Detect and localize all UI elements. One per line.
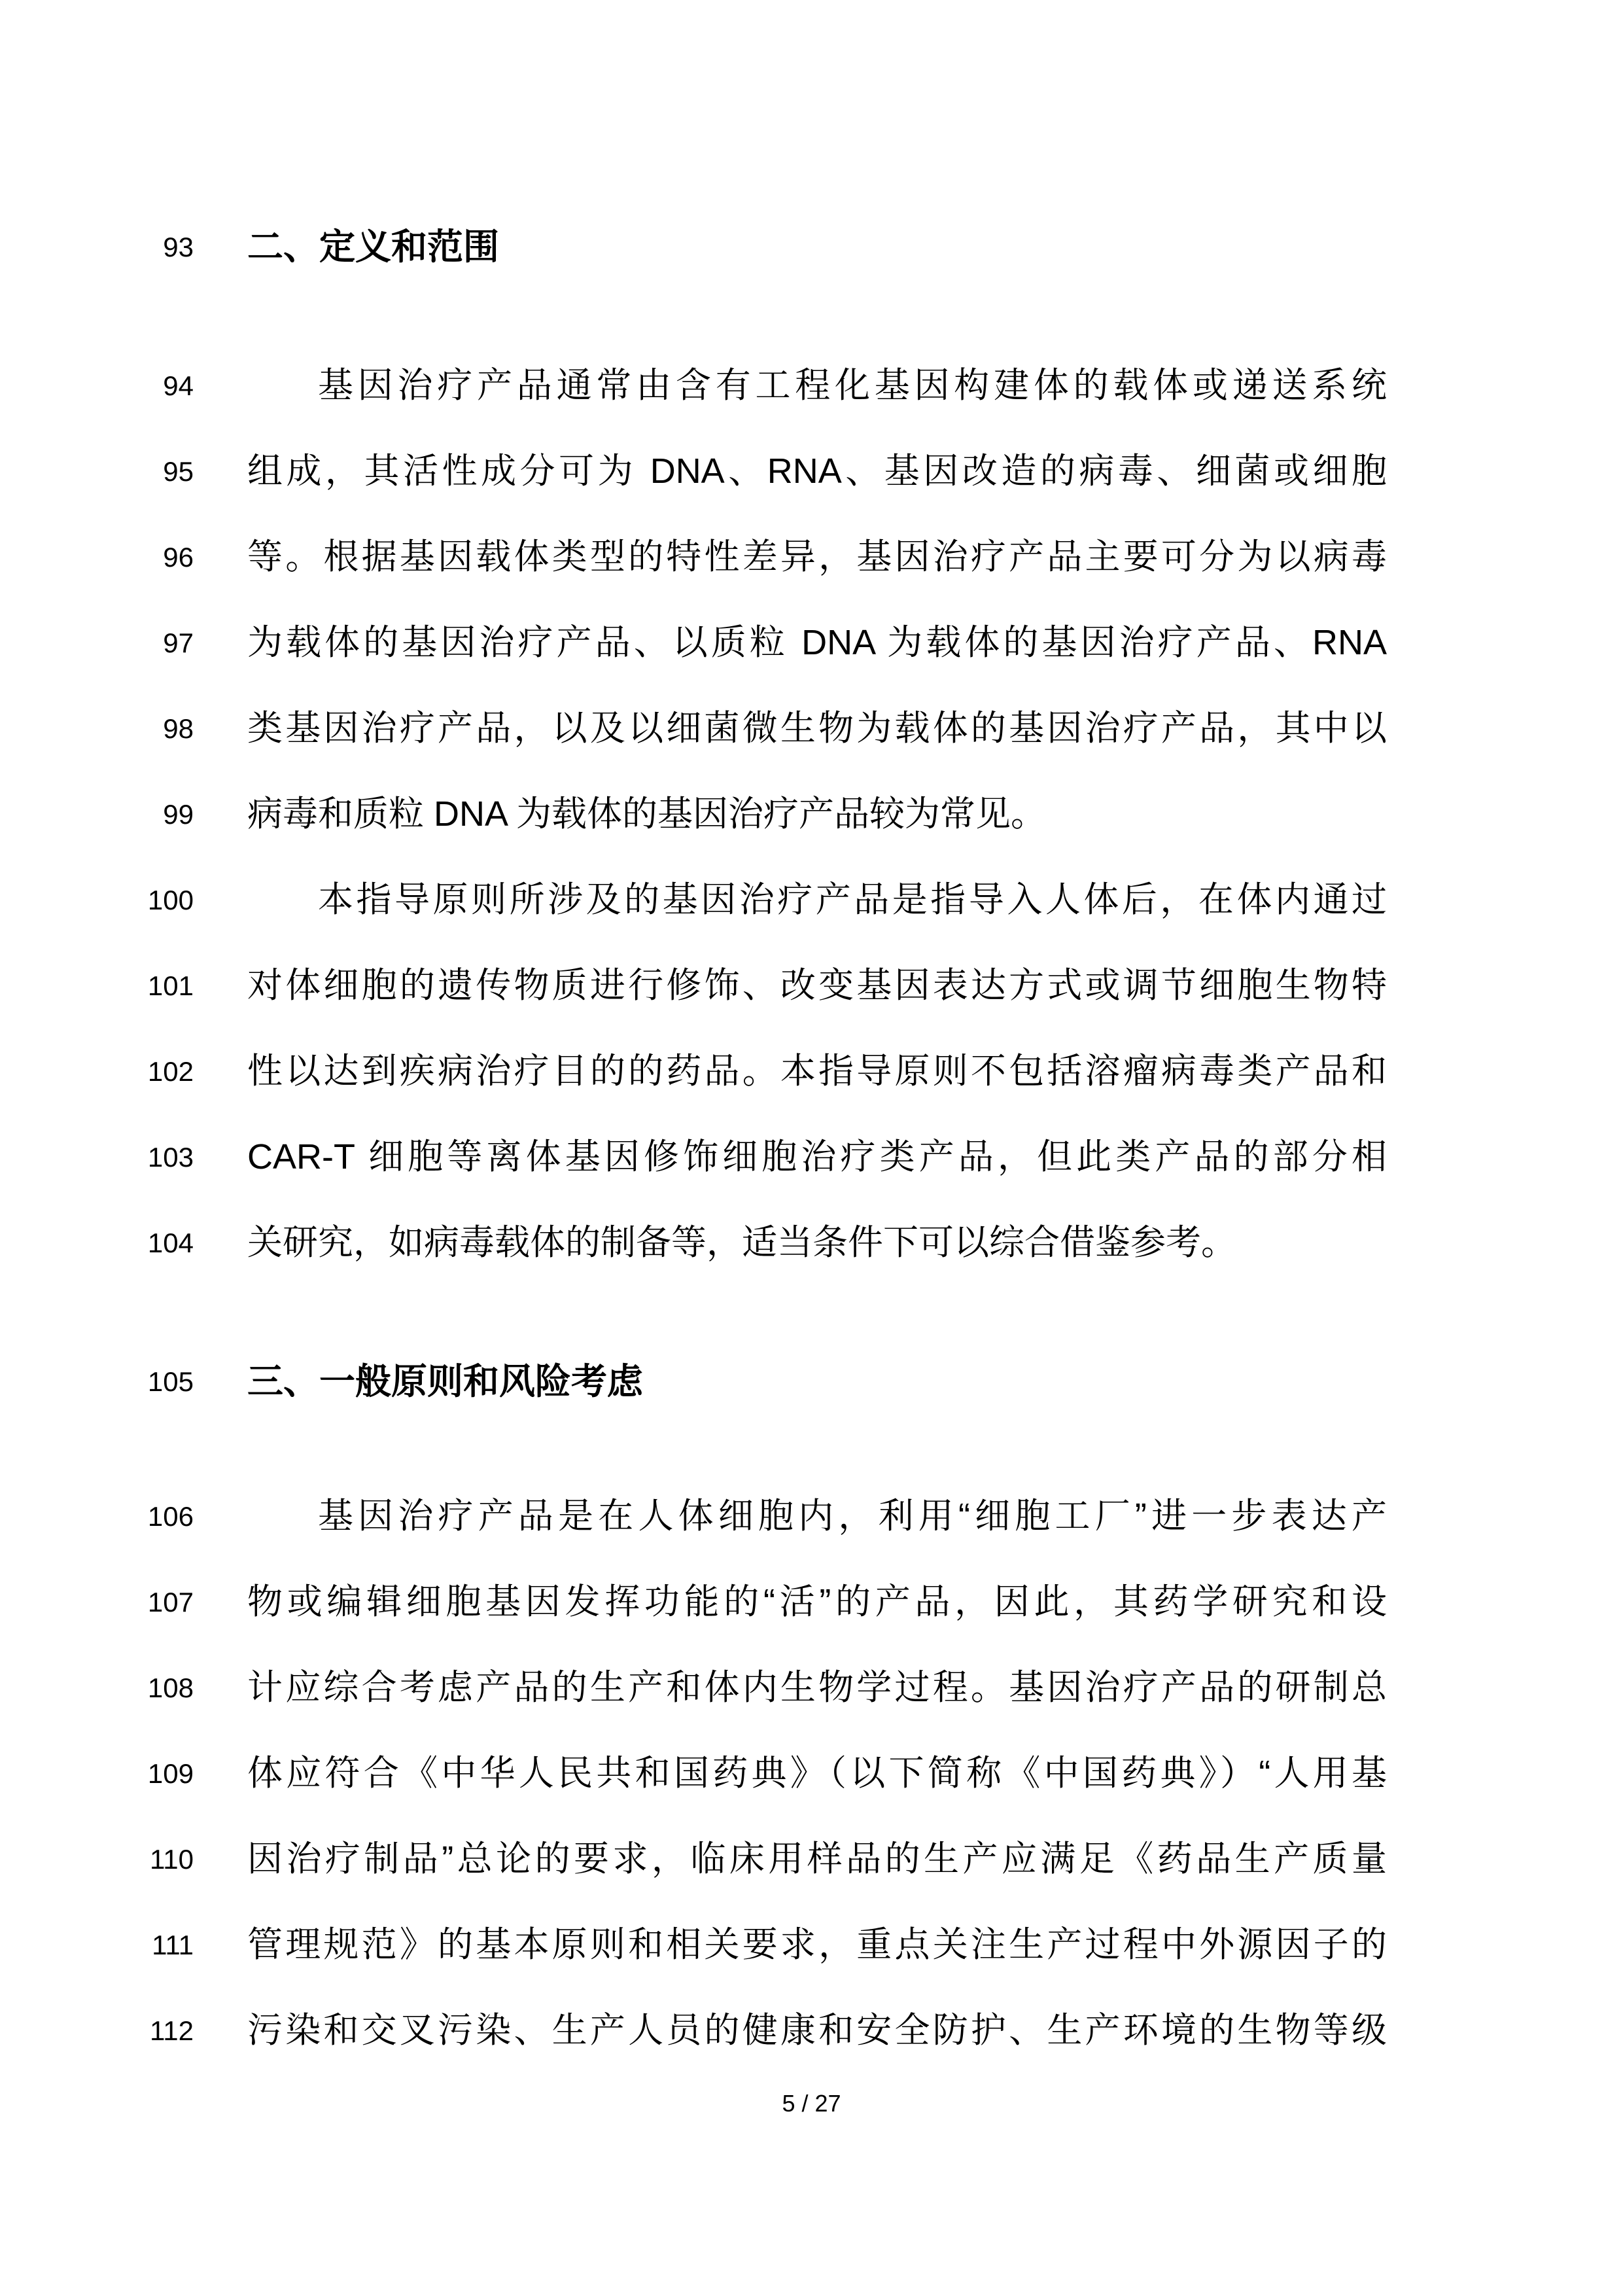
line-number: 107 [0,1559,194,1645]
text-line-row: 109体应符合《中华人民共和国药典》（以下简称《中国药典》）“人用基 [0,1731,1623,1816]
text-line-row: 94基因治疗产品通常由含有工程化基因构建体的载体或递送系统 [0,343,1623,429]
line-text: 为载体的基因治疗产品、以质粒 DNA 为载体的基因治疗产品、RNA [247,600,1387,686]
text-line-row: 106基因治疗产品是在人体细胞内，利用“细胞工厂”进一步表达产 [0,1474,1623,1559]
line-number: 103 [0,1114,194,1200]
line-text: 性以达到疾病治疗目的的药品。本指导原则不包括溶瘤病毒类产品和 [247,1029,1387,1114]
line-text: 本指导原则所涉及的基因治疗产品是指导入人体后，在体内通过 [247,857,1387,943]
line-text: 组成，其活性成分可为 DNA、RNA、基因改造的病毒、细菌或细胞 [247,429,1387,514]
line-text: CAR-T 细胞等离体基因修饰细胞治疗类产品，但此类产品的部分相 [247,1114,1387,1200]
line-number: 111 [0,1902,194,1988]
text-line-row: 101对体细胞的遗传物质进行修饰、改变基因表达方式或调节细胞生物特 [0,943,1623,1029]
line-text: 计应综合考虑产品的生产和体内生物学过程。基因治疗产品的研制总 [247,1645,1387,1731]
line-text: 基因治疗产品是在人体细胞内，利用“细胞工厂”进一步表达产 [247,1474,1387,1559]
line-number: 102 [0,1029,194,1114]
line-text: 病毒和质粒 DNA 为载体的基因治疗产品较为常见。 [247,771,1387,857]
line-number: 112 [0,1988,194,2074]
line-text: 体应符合《中华人民共和国药典》（以下简称《中国药典》）“人用基 [247,1731,1387,1816]
text-line-row: 112污染和交叉污染、生产人员的健康和安全防护、生产环境的生物等级 [0,1988,1623,2074]
line-number: 95 [0,429,194,514]
text-line-row: 107物或编辑细胞基因发挥功能的“活”的产品，因此，其药学研究和设 [0,1559,1623,1645]
line-text: 类基因治疗产品，以及以细菌微生物为载体的基因治疗产品，其中以 [247,686,1387,771]
line-text: 二、定义和范围 [247,204,1387,290]
line-number: 99 [0,771,194,857]
text-line-row: 97为载体的基因治疗产品、以质粒 DNA 为载体的基因治疗产品、RNA [0,600,1623,686]
section-heading-row: 105三、一般原则和风险考虑 [0,1339,1623,1424]
line-number: 96 [0,514,194,600]
line-number: 105 [0,1339,194,1424]
line-number: 93 [0,204,194,290]
text-line-row: 98类基因治疗产品，以及以细菌微生物为载体的基因治疗产品，其中以 [0,686,1623,771]
line-text: 基因治疗产品通常由含有工程化基因构建体的载体或递送系统 [247,343,1387,429]
text-line-row: 108计应综合考虑产品的生产和体内生物学过程。基因治疗产品的研制总 [0,1645,1623,1731]
line-text: 等。根据基因载体类型的特性差异，基因治疗产品主要可分为以病毒 [247,514,1387,600]
line-text: 关研究，如病毒载体的制备等，适当条件下可以综合借鉴参考。 [247,1200,1387,1286]
line-text: 对体细胞的遗传物质进行修饰、改变基因表达方式或调节细胞生物特 [247,943,1387,1029]
line-text: 因治疗制品”总论的要求，临床用样品的生产应满足《药品生产质量 [247,1816,1387,1902]
line-number: 98 [0,686,194,771]
text-line-row: 110因治疗制品”总论的要求，临床用样品的生产应满足《药品生产质量 [0,1816,1623,1902]
document-lines: 93二、定义和范围94基因治疗产品通常由含有工程化基因构建体的载体或递送系统95… [0,204,1623,2074]
line-number: 100 [0,857,194,943]
line-number: 110 [0,1816,194,1902]
text-line-row: 96等。根据基因载体类型的特性差异，基因治疗产品主要可分为以病毒 [0,514,1623,600]
line-text: 管理规范》的基本原则和相关要求，重点关注生产过程中外源因子的 [247,1902,1387,1988]
line-number: 109 [0,1731,194,1816]
line-number: 104 [0,1200,194,1286]
text-line-row: 103CAR-T 细胞等离体基因修饰细胞治疗类产品，但此类产品的部分相 [0,1114,1623,1200]
text-line-row: 99病毒和质粒 DNA 为载体的基因治疗产品较为常见。 [0,771,1623,857]
line-number: 97 [0,600,194,686]
line-number: 94 [0,343,194,429]
section-heading-row: 93二、定义和范围 [0,204,1623,290]
line-text: 三、一般原则和风险考虑 [247,1339,1387,1424]
text-line-row: 100本指导原则所涉及的基因治疗产品是指导入人体后，在体内通过 [0,857,1623,943]
line-text: 污染和交叉污染、生产人员的健康和安全防护、生产环境的生物等级 [247,1988,1387,2074]
page-number-footer: 5 / 27 [0,2087,1623,2120]
line-text: 物或编辑细胞基因发挥功能的“活”的产品，因此，其药学研究和设 [247,1559,1387,1645]
text-line-row: 95组成，其活性成分可为 DNA、RNA、基因改造的病毒、细菌或细胞 [0,429,1623,514]
text-line-row: 104关研究，如病毒载体的制备等，适当条件下可以综合借鉴参考。 [0,1200,1623,1286]
text-line-row: 111管理规范》的基本原则和相关要求，重点关注生产过程中外源因子的 [0,1902,1623,1988]
document-page: 93二、定义和范围94基因治疗产品通常由含有工程化基因构建体的载体或递送系统95… [0,0,1623,2296]
line-number: 106 [0,1474,194,1559]
line-number: 108 [0,1645,194,1731]
line-number: 101 [0,943,194,1029]
text-line-row: 102性以达到疾病治疗目的的药品。本指导原则不包括溶瘤病毒类产品和 [0,1029,1623,1114]
